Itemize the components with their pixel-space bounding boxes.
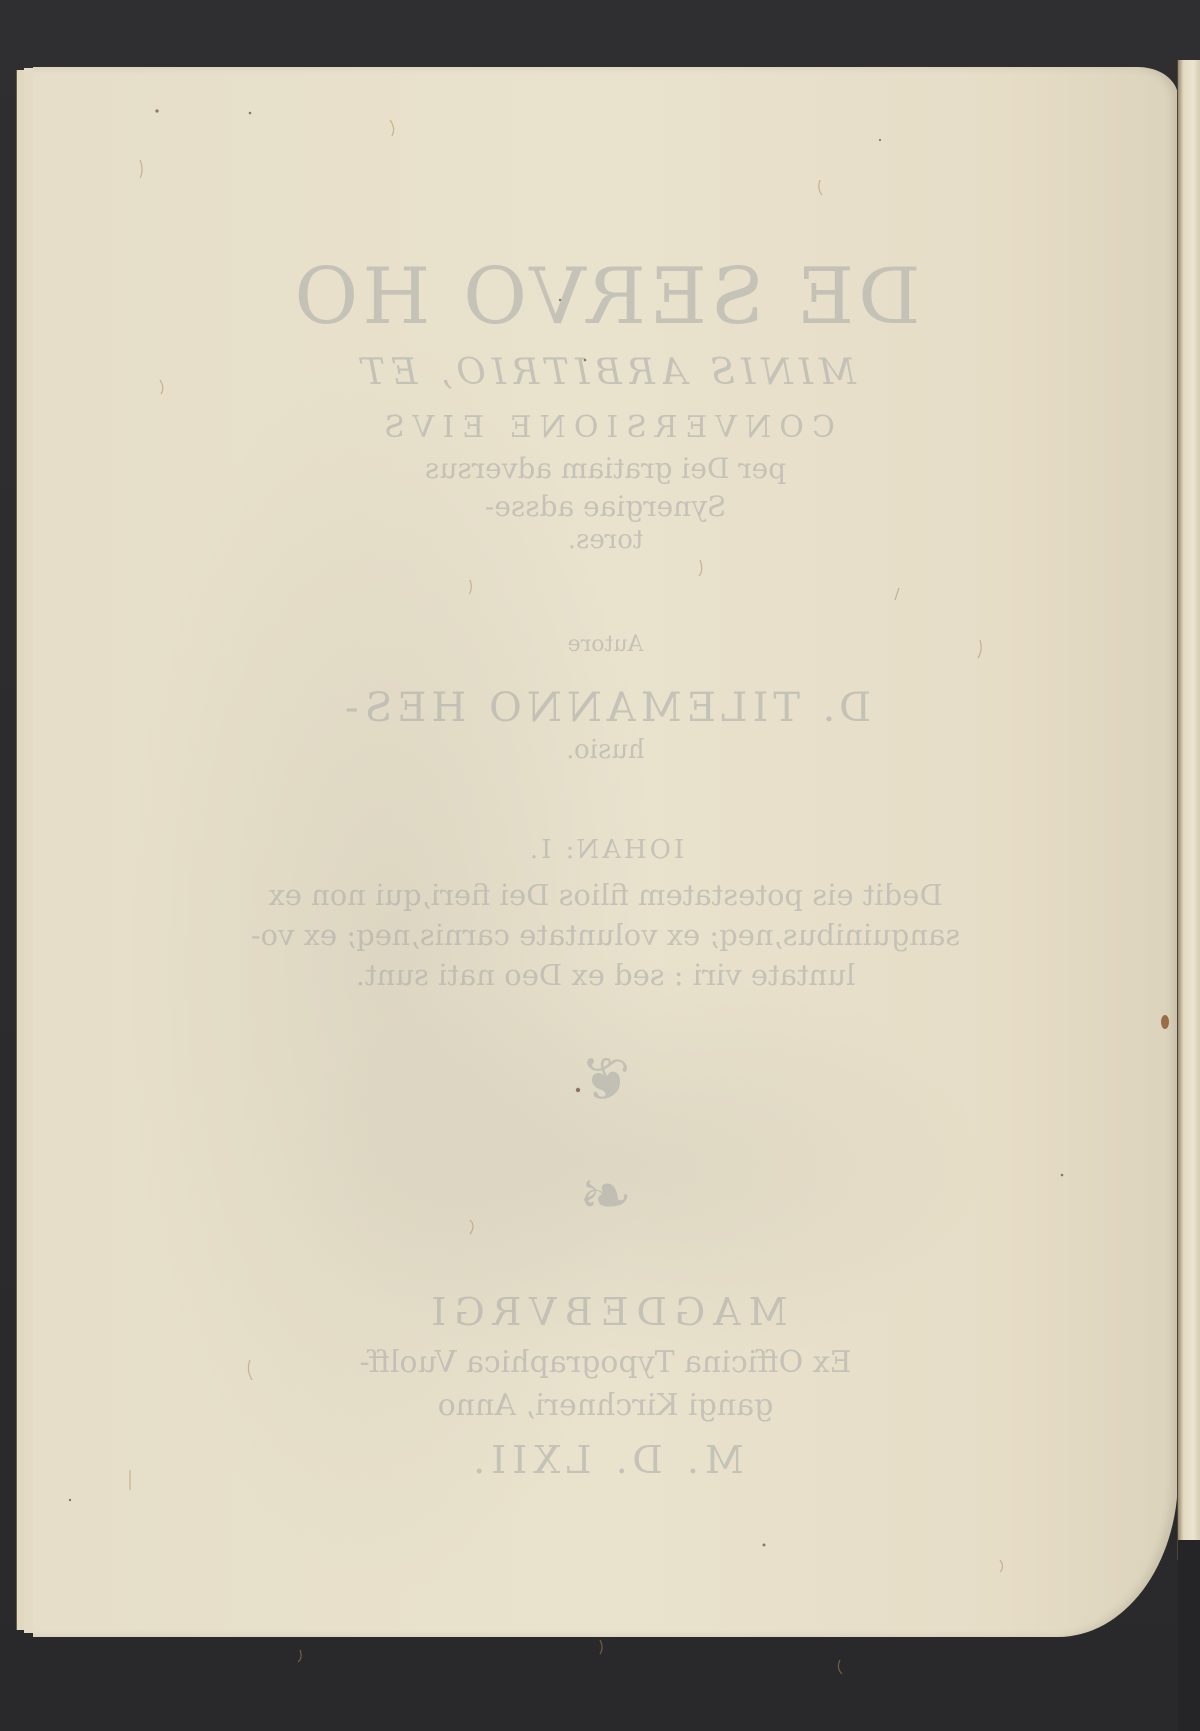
show-through-title-line-4: per Dei gratiam adversus (33, 452, 1178, 485)
show-through-title-line-2: MINIS ARBITRIO, ET (33, 352, 1178, 393)
show-through-title-line-5: Synergiae adsse- (33, 490, 1178, 523)
gutter-fold (1177, 60, 1200, 1560)
show-through-title-line-1: DE SERVO HO (33, 258, 1178, 336)
gutter-shadow (1178, 1540, 1200, 1731)
show-through-verse-line-1: Dedit eis potestatem filios Dei fieri,qu… (33, 878, 1178, 912)
show-through-author-name-cont: husio. (33, 735, 1178, 765)
show-through-verse-line-2: sanguinibus,neq; ex voluntate carnis,neq… (33, 918, 1178, 952)
foxing-stain (1161, 1015, 1169, 1029)
show-through-verse-line-3: luntate viri : sed ex Deo nati sunt. (33, 958, 1178, 992)
show-through-imprint-line-2: gangi Kirchneri, Anno (33, 1388, 1178, 1423)
show-through-ornament-small-icon: ☙ (33, 1160, 1178, 1230)
show-through-imprint-line-1: Ex Officina Typographica Vuolff- (33, 1345, 1178, 1380)
show-through-author-name: D. TILEMANNO HES- (33, 685, 1178, 731)
show-through-imprint-city: MAGDEBVRGI (33, 1290, 1178, 1334)
show-through-title-line-6: tores. (33, 525, 1178, 555)
show-through-ornament-icon: ❦ (33, 1045, 1178, 1115)
show-through-scripture-ref: IOHAN: I. (33, 835, 1178, 865)
show-through-author-label: Autore (33, 632, 1178, 657)
show-through-title-line-3: CONVERSIONE EIVS (33, 410, 1178, 445)
show-through-imprint-year: M. D. LXII. (33, 1438, 1178, 1482)
